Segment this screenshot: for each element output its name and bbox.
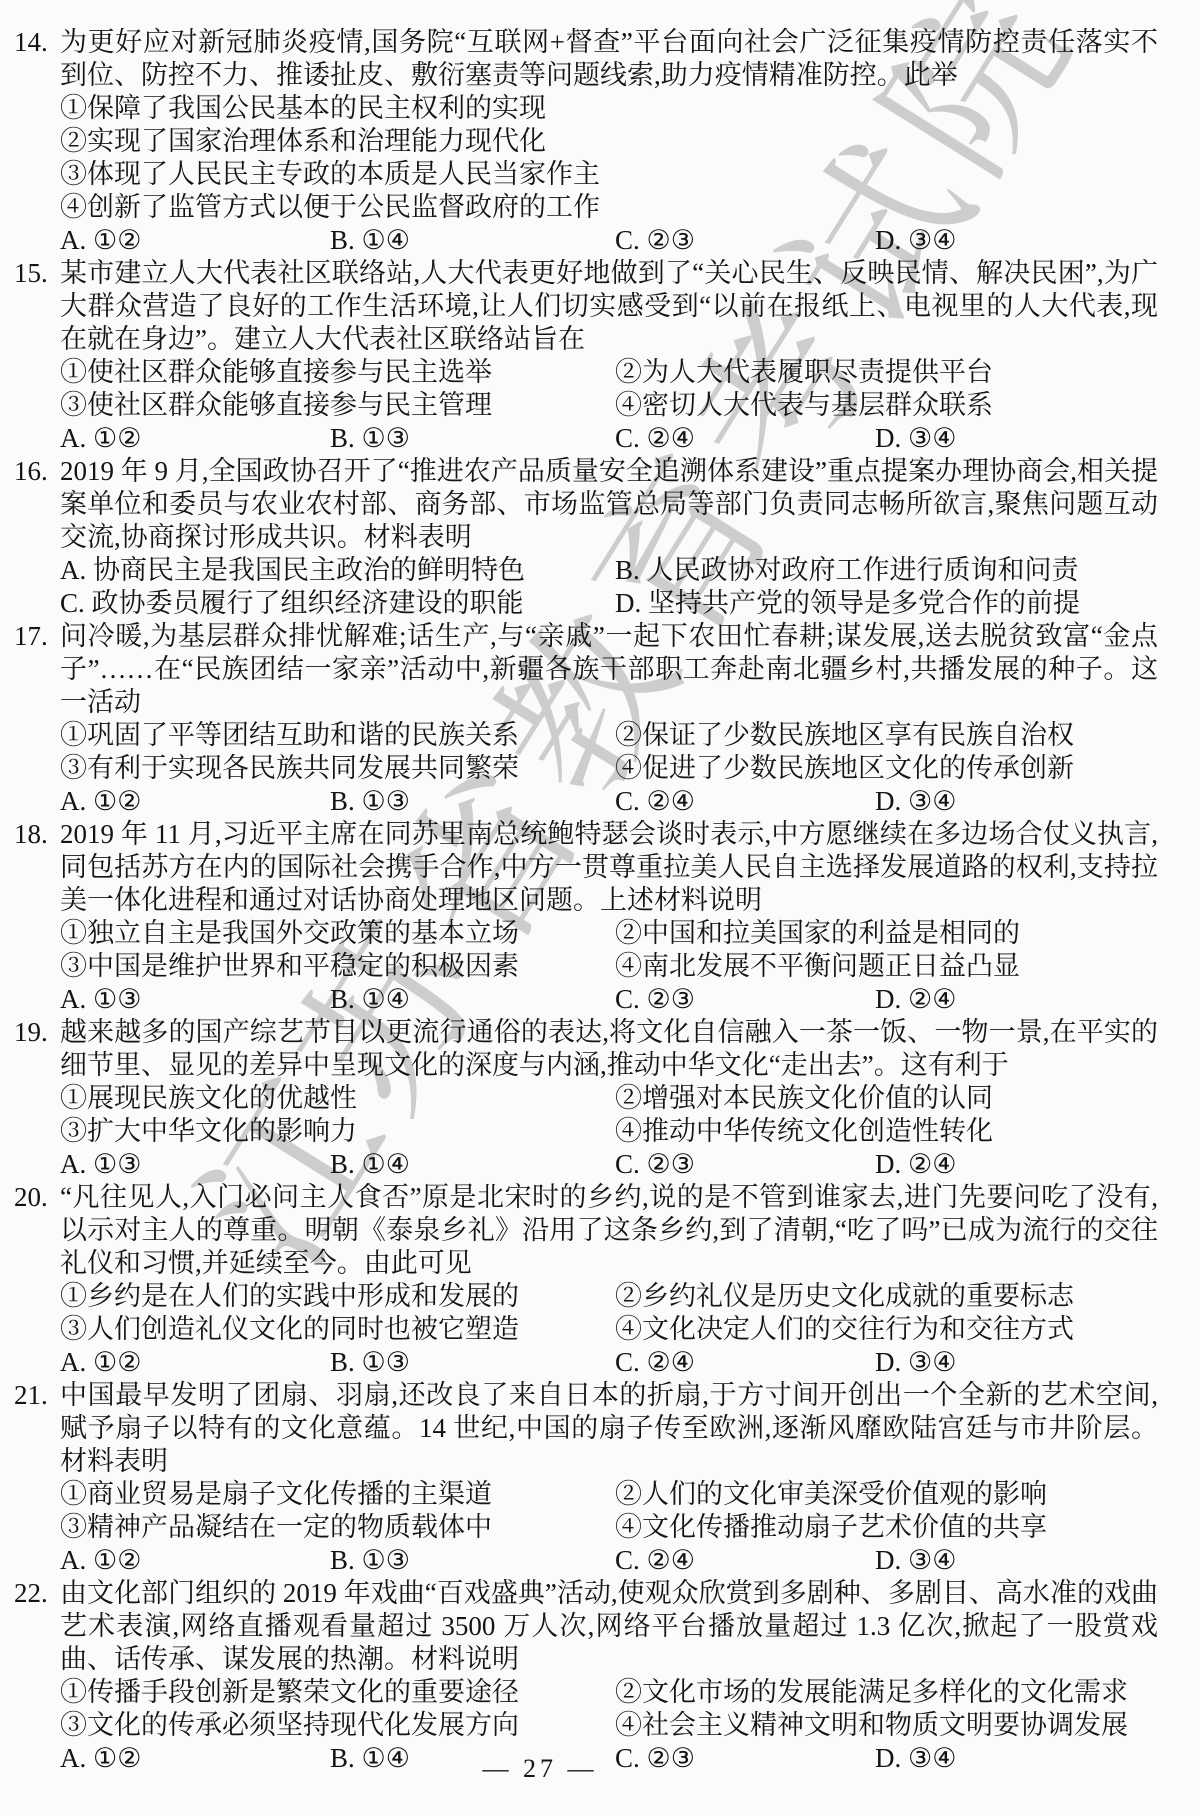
option-4: ④促进了少数民族地区文化的传承创新: [615, 752, 1158, 785]
answer-row: A. ①② B. ①③ C. ②④ D. ③④: [60, 1346, 1158, 1379]
question-number: 20.: [14, 1181, 60, 1214]
answer-b: B. ①③: [330, 422, 615, 455]
answer-b: B. ①④: [330, 983, 615, 1016]
question-20: 20. “凡往见人,入门必问主人食否”原是北宋时的乡约,说的是不管到谁家去,进门…: [14, 1181, 1158, 1379]
option-1: ①展现民族文化的优越性: [60, 1082, 615, 1115]
question-stem: “凡往见人,入门必问主人食否”原是北宋时的乡约,说的是不管到谁家去,进门先要问吃…: [60, 1181, 1158, 1280]
option-3: ③体现了人民民主专政的本质是人民当家作主: [60, 158, 1158, 191]
question-16: 16. 2019 年 9 月,全国政协召开了“推进农产品质量安全追溯体系建设”重…: [14, 455, 1158, 620]
option-2: ②实现了国家治理体系和治理能力现代化: [60, 125, 1158, 158]
answer-row: A. ①② B. ①③ C. ②④ D. ③④: [60, 422, 1158, 455]
option-4: ④社会主义精神文明和物质文明要协调发展: [615, 1709, 1158, 1742]
option-3: ③扩大中华文化的影响力: [60, 1115, 615, 1148]
answer-b: B. ①④: [330, 224, 615, 257]
question-number: 15.: [14, 257, 60, 290]
option-list: ①商业贸易是扇子文化传播的主渠道 ②人们的文化审美深受价值观的影响 ③精神产品凝…: [60, 1478, 1158, 1544]
question-15: 15. 某市建立人大代表社区联络站,人大代表更好地做到了“关心民生、反映民情、解…: [14, 257, 1158, 455]
option-3: ③中国是维护世界和平稳定的积极因素: [60, 950, 615, 983]
option-4: ④文化决定人们的交往行为和交往方式: [615, 1313, 1158, 1346]
option-1: ①使社区群众能够直接参与民主选举: [60, 356, 615, 389]
option-1: ①保障了我国公民基本的民主权利的实现: [60, 92, 1158, 125]
option-4: ④创新了监管方式以便于公民监督政府的工作: [60, 191, 1158, 224]
option-3: ③文化的传承必须坚持现代化发展方向: [60, 1709, 615, 1742]
question-number: 14.: [14, 26, 60, 59]
answer-c: C. ②④: [615, 785, 875, 818]
option-1: ①巩固了平等团结互助和谐的民族关系: [60, 719, 615, 752]
answer-row: A. ①② B. ①③ C. ②④ D. ③④: [60, 785, 1158, 818]
option-1: ①独立自主是我国外交政策的基本立场: [60, 917, 615, 950]
answer-a: A. 协商民主是我国民主政治的鲜明特色: [60, 554, 615, 587]
answer-row: A. ①③ B. ①④ C. ②③ D. ②④: [60, 983, 1158, 1016]
answer-a: A. ①②: [60, 1544, 330, 1577]
question-stem: 2019 年 11 月,习近平主席在同苏里南总统鲍特瑟会谈时表示,中方愿继续在多…: [60, 818, 1158, 917]
answer-d: D. ②④: [875, 1148, 1158, 1181]
question-number: 16.: [14, 455, 60, 488]
option-4: ④密切人大代表与基层群众联系: [615, 389, 1158, 422]
question-stem: 某市建立人大代表社区联络站,人大代表更好地做到了“关心民生、反映民情、解决民困”…: [60, 257, 1158, 356]
answer-c: C. ②③: [615, 1148, 875, 1181]
option-2: ②为人大代表履职尽责提供平台: [615, 356, 1158, 389]
answer-row: A. ①③ B. ①④ C. ②③ D. ②④: [60, 1148, 1158, 1181]
question-number: 19.: [14, 1016, 60, 1049]
question-stem: 2019 年 9 月,全国政协召开了“推进农产品质量安全追溯体系建设”重点提案办…: [60, 455, 1158, 554]
option-list: ①巩固了平等团结互助和谐的民族关系 ②保证了少数民族地区享有民族自治权 ③有利于…: [60, 719, 1158, 785]
answer-b: B. 人民政协对政府工作进行质询和问责: [615, 554, 1158, 587]
answer-a: A. ①③: [60, 983, 330, 1016]
option-2: ②文化市场的发展能满足多样化的文化需求: [615, 1676, 1158, 1709]
question-stem: 为更好应对新冠肺炎疫情,国务院“互联网+督查”平台面向社会广泛征集疫情防控责任落…: [60, 26, 1158, 92]
answer-a: A. ①②: [60, 785, 330, 818]
answer-d: D. ③④: [875, 224, 1158, 257]
answer-grid: A. 协商民主是我国民主政治的鲜明特色 B. 人民政协对政府工作进行质询和问责 …: [60, 554, 1158, 620]
answer-d: D. ②④: [875, 983, 1158, 1016]
option-list: ①乡约是在人们的实践中形成和发展的 ②乡约礼仪是历史文化成就的重要标志 ③人们创…: [60, 1280, 1158, 1346]
question-14: 14. 为更好应对新冠肺炎疫情,国务院“互联网+督查”平台面向社会广泛征集疫情防…: [14, 26, 1158, 257]
answer-d: D. ③④: [875, 1346, 1158, 1379]
option-4: ④推动中华传统文化创造性转化: [615, 1115, 1158, 1148]
option-2: ②乡约礼仪是历史文化成就的重要标志: [615, 1280, 1158, 1313]
question-17: 17. 问冷暖,为基层群众排忧解难;话生产,与“亲戚”一起下农田忙春耕;谋发展,…: [14, 620, 1158, 818]
answer-c: C. ②④: [615, 1544, 875, 1577]
answer-c: C. ②④: [615, 422, 875, 455]
question-stem: 中国最早发明了团扇、羽扇,还改良了来自日本的折扇,于方寸间开创出一个全新的艺术空…: [60, 1379, 1158, 1478]
answer-row: A. ①② B. ①③ C. ②④ D. ③④: [60, 1544, 1158, 1577]
exam-page: 14. 为更好应对新冠肺炎疫情,国务院“互联网+督查”平台面向社会广泛征集疫情防…: [0, 0, 1200, 1775]
question-19: 19. 越来越多的国产综艺节目以更流行通俗的表达,将文化自信融入一茶一饭、一物一…: [14, 1016, 1158, 1181]
answer-row: A. ①② B. ①④ C. ②③ D. ③④: [60, 224, 1158, 257]
option-1: ①商业贸易是扇子文化传播的主渠道: [60, 1478, 615, 1511]
option-3: ③人们创造礼仪文化的同时也被它塑造: [60, 1313, 615, 1346]
option-list: ①保障了我国公民基本的民主权利的实现 ②实现了国家治理体系和治理能力现代化 ③体…: [60, 92, 1158, 224]
question-stem: 越来越多的国产综艺节目以更流行通俗的表达,将文化自信融入一茶一饭、一物一景,在平…: [60, 1016, 1158, 1082]
answer-b: B. ①③: [330, 1544, 615, 1577]
answer-d: D. ③④: [875, 1544, 1158, 1577]
question-number: 18.: [14, 818, 60, 851]
question-stem: 问冷暖,为基层群众排忧解难;话生产,与“亲戚”一起下农田忙春耕;谋发展,送去脱贫…: [60, 620, 1158, 719]
question-number: 21.: [14, 1379, 60, 1412]
page-number: — 27 —: [0, 1752, 1080, 1785]
option-4: ④南北发展不平衡问题正日益凸显: [615, 950, 1158, 983]
answer-c: C. ②③: [615, 224, 875, 257]
option-2: ②中国和拉美国家的利益是相同的: [615, 917, 1158, 950]
question-stem: 由文化部门组织的 2019 年戏曲“百戏盛典”活动,使观众欣赏到多剧种、多剧目、…: [60, 1577, 1158, 1676]
option-list: ①使社区群众能够直接参与民主选举 ②为人大代表履职尽责提供平台 ③使社区群众能够…: [60, 356, 1158, 422]
option-2: ②增强对本民族文化价值的认同: [615, 1082, 1158, 1115]
answer-d: D. ③④: [875, 422, 1158, 455]
answer-c: C. ②④: [615, 1346, 875, 1379]
option-4: ④文化传播推动扇子艺术价值的共享: [615, 1511, 1158, 1544]
option-list: ①展现民族文化的优越性 ②增强对本民族文化价值的认同 ③扩大中华文化的影响力 ④…: [60, 1082, 1158, 1148]
question-21: 21. 中国最早发明了团扇、羽扇,还改良了来自日本的折扇,于方寸间开创出一个全新…: [14, 1379, 1158, 1577]
question-number: 17.: [14, 620, 60, 653]
option-3: ③有利于实现各民族共同发展共同繁荣: [60, 752, 615, 785]
option-2: ②保证了少数民族地区享有民族自治权: [615, 719, 1158, 752]
answer-b: B. ①③: [330, 1346, 615, 1379]
question-18: 18. 2019 年 11 月,习近平主席在同苏里南总统鲍特瑟会谈时表示,中方愿…: [14, 818, 1158, 1016]
option-1: ①传播手段创新是繁荣文化的重要途径: [60, 1676, 615, 1709]
answer-b: B. ①③: [330, 785, 615, 818]
answer-a: A. ①③: [60, 1148, 330, 1181]
option-3: ③使社区群众能够直接参与民主管理: [60, 389, 615, 422]
question-number: 22.: [14, 1577, 60, 1610]
answer-d: D. 坚持共产党的领导是多党合作的前提: [615, 587, 1158, 620]
answer-a: A. ①②: [60, 422, 330, 455]
option-1: ①乡约是在人们的实践中形成和发展的: [60, 1280, 615, 1313]
question-22: 22. 由文化部门组织的 2019 年戏曲“百戏盛典”活动,使观众欣赏到多剧种、…: [14, 1577, 1158, 1775]
answer-a: A. ①②: [60, 1346, 330, 1379]
answer-c: C. ②③: [615, 983, 875, 1016]
answer-d: D. ③④: [875, 785, 1158, 818]
option-list: ①传播手段创新是繁荣文化的重要途径 ②文化市场的发展能满足多样化的文化需求 ③文…: [60, 1676, 1158, 1742]
answer-b: B. ①④: [330, 1148, 615, 1181]
answer-a: A. ①②: [60, 224, 330, 257]
option-2: ②人们的文化审美深受价值观的影响: [615, 1478, 1158, 1511]
option-3: ③精神产品凝结在一定的物质载体中: [60, 1511, 615, 1544]
option-list: ①独立自主是我国外交政策的基本立场 ②中国和拉美国家的利益是相同的 ③中国是维护…: [60, 917, 1158, 983]
answer-c: C. 政协委员履行了组织经济建设的职能: [60, 587, 615, 620]
